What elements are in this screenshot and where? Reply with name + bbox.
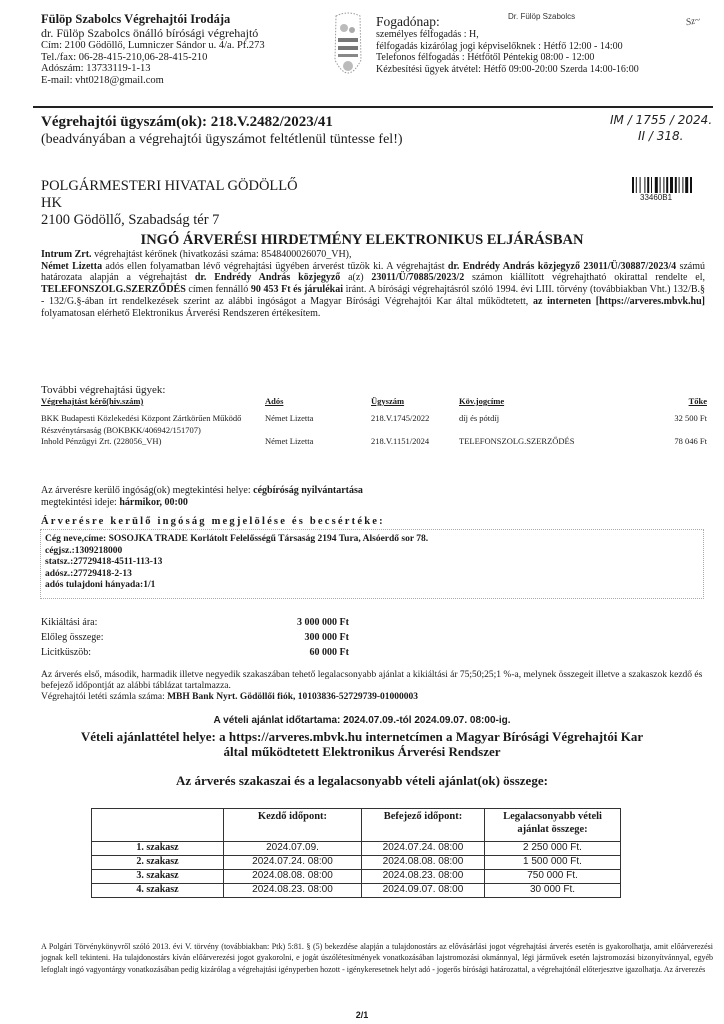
account-label: Végrehajtói letéti számla száma: — [41, 692, 167, 702]
handwritten-line-2: II / 318. — [610, 128, 712, 144]
case-no-cell: 218.V.1745/2022 — [371, 407, 459, 436]
account-value: MBH Bank Nyrt. Gödöllői fiók, 10103836-5… — [167, 692, 418, 702]
item-registration-no: cégjsz.:1309218000 — [45, 546, 703, 558]
col-creditor: Végrehajtást kérő(hiv.szám) — [41, 396, 265, 407]
principal-cell: 32 500 Ft — [644, 407, 707, 436]
col-debtor: Adós — [265, 396, 371, 407]
case-note: (beadványában a végrehajtói ügyszámot fe… — [41, 131, 403, 148]
intro-text: folyamatosan elérhető Elektronikus Árver… — [41, 308, 320, 319]
notary-ref: dr. Endrédy András közjegyző 23011/Ü/308… — [448, 261, 676, 272]
claim-amount: 90 453 Ft és járulékai — [251, 284, 343, 295]
item-description-box: Cég neve,címe: SOSOJKA TRADE Korlátolt F… — [40, 529, 704, 599]
price-label: Kikiáltási ára: — [41, 617, 191, 628]
reception-hours: Fogadónap: személyes félfogadás : H, fél… — [376, 14, 716, 75]
reception-personal: személyes félfogadás : H, — [376, 29, 716, 41]
recipient-address: 2100 Gödöllő, Szabadság tér 7 — [41, 212, 298, 229]
creditor-name: Intrum Zrt. — [41, 249, 92, 260]
phase-end: 2024.08.23. 08:00 — [362, 870, 485, 884]
document-title: INGÓ ÁRVERÉSI HIRDETMÉNY ELEKTRONIKUS EL… — [0, 232, 724, 249]
intro-paragraph: Intrum Zrt. végrehajtást kérőnek (hivatk… — [41, 249, 705, 319]
phase-stage: 1. szakasz — [92, 842, 224, 856]
phase-min-offer: 1 500 000 Ft. — [485, 856, 621, 870]
phase-min-offer: 750 000 Ft. — [485, 870, 621, 884]
auction-phases-table: Kezdő időpont: Befejező időpont: Legalac… — [91, 808, 621, 898]
principal-cell: 78 046 Ft — [644, 436, 707, 448]
price-label: Előleg összege: — [41, 632, 191, 643]
debtor-name: Német Lizetta — [41, 261, 102, 272]
header-divider — [33, 106, 713, 108]
handwritten-line-1: IM / 1755 / 2024. — [610, 112, 712, 128]
viewing-time-value: hármikor, 00:00 — [119, 497, 188, 508]
table-row: BKK Budapesti Közlekedési Központ Zártkö… — [41, 407, 707, 436]
item-tax-no: adósz.:27729418-2-13 — [45, 569, 703, 581]
phase-stage: 4. szakasz — [92, 884, 224, 898]
handwritten-registry-number: IM / 1755 / 2024. II / 318. — [610, 112, 712, 144]
stamp-name: Dr. Fülöp Szabolcs — [508, 12, 575, 21]
page-number: 2/1 — [0, 1010, 724, 1020]
reception-phone: Telefonos félfogadás : Hétfőtől Péntekig… — [376, 52, 716, 64]
viewing-place-value: cégbíróság nyilvántartása — [253, 485, 363, 496]
notary-name: dr. Endrédy András közjegyző — [195, 272, 340, 283]
legal-footer-text: A Polgári Törvénykönyvről szóló 2013. év… — [41, 941, 713, 975]
barcode-icon — [632, 177, 704, 193]
phase-start: 2024.07.24. 08:00 — [224, 856, 362, 870]
office-tax-number: Adószám: 13733119-1-13 — [41, 63, 331, 75]
item-heading: Árverésre kerülő ingóság megjelölése és … — [41, 516, 385, 527]
intro-text: számon kiállított végrehajtható okiratta… — [464, 272, 705, 283]
intro-text: végrehajtást kérőnek (hivatkozási száma:… — [92, 249, 352, 260]
col-claim: Köv.jogcíme — [459, 396, 644, 407]
phase-col-stage — [92, 809, 224, 842]
creditor-cell: BKK Budapesti Közlekedési Központ Zártkö… — [41, 407, 265, 436]
barcode-number: 33460B1 — [640, 193, 672, 202]
claim-cell: díj és pótdíj — [459, 407, 644, 436]
debtor-cell: Német Lizetta — [265, 436, 371, 448]
viewing-time-label: megtekintési ideje: — [41, 497, 119, 508]
case-block: Végrehajtói ügyszám(ok): 218.V.2482/2023… — [41, 114, 403, 148]
price-label: Licitküszöb: — [41, 647, 191, 658]
phase-col-start: Kezdő időpont: — [224, 809, 362, 842]
phase-start: 2024.07.09. — [224, 842, 362, 856]
price-value: 60 000 Ft — [221, 647, 349, 658]
phase-end: 2024.09.07. 08:00 — [362, 884, 485, 898]
recipient-name: POLGÁRMESTERI HIVATAL GÖDÖLLŐ — [41, 178, 298, 195]
auction-rules-text: Az árverés első, második, harmadik illet… — [41, 670, 711, 703]
table-row: 2. szakasz 2024.07.24. 08:00 2024.08.08.… — [92, 856, 621, 870]
intro-text: címen fennálló — [186, 284, 251, 295]
case-number: Végrehajtói ügyszám(ok): 218.V.2482/2023… — [41, 114, 403, 131]
intro-text: adós ellen folyamatban lévő végrehajtási… — [102, 261, 448, 272]
auction-url[interactable]: az interneten [https://arveres.mbvk.hu] — [533, 296, 705, 307]
viewing-place-label: Az árverésre kerülő ingóság(ok) megtekin… — [41, 485, 253, 496]
table-row: 1. szakasz 2024.07.09. 2024.07.24. 08:00… — [92, 842, 621, 856]
item-ownership-share: adós tulajdoni hányada:1/1 — [45, 580, 703, 592]
reception-delivery: Kézbesítési ügyek átvétel: Hétfő 09:00-2… — [376, 64, 716, 76]
offer-duration: A vételi ajánlat időtartama: 2024.07.09.… — [0, 715, 724, 726]
phase-min-offer: 2 250 000 Ft. — [485, 842, 621, 856]
intro-text: a(z) — [340, 272, 371, 283]
table-row: Inhold Pénzügyi Zrt. (228056_VH) Német L… — [41, 436, 707, 448]
phase-end: 2024.08.08. 08:00 — [362, 856, 485, 870]
phase-col-min-offer: Legalacsonyabb vételi ajánlat összege: — [485, 809, 621, 842]
price-value: 3 000 000 Ft — [221, 617, 349, 628]
coat-of-arms-icon — [330, 10, 366, 88]
claim-title: TELEFONSZOLG.SZERZŐDÉS — [41, 284, 186, 295]
creditor-cell: Inhold Pénzügyi Zrt. (228056_VH) — [41, 436, 265, 448]
officer-name: dr. Fülöp Szabolcs önálló bírósági végre… — [41, 26, 331, 40]
further-cases-table: Végrehajtást kérő(hiv.szám) Adós Ügyszám… — [41, 396, 707, 448]
phase-start: 2024.08.23. 08:00 — [224, 884, 362, 898]
phase-stage: 2. szakasz — [92, 856, 224, 870]
phase-end: 2024.07.24. 08:00 — [362, 842, 485, 856]
recipient-dept: HK — [41, 195, 298, 212]
document-number: 23011/Ü/70885/2023/2 — [371, 272, 464, 283]
table-row: 3. szakasz 2024.08.08. 08:00 2024.08.23.… — [92, 870, 621, 884]
further-cases-title: További végrehajtási ügyek: — [41, 384, 165, 396]
phase-col-end: Befejező időpont: — [362, 809, 485, 842]
office-phone: Tel./fax: 06-28-415-210,06-28-415-210 — [41, 52, 331, 64]
phases-title: Az árverés szakaszai és a legalacsonyabb… — [0, 773, 724, 789]
item-stat-no: statsz.:27729418-4511-113-13 — [45, 557, 703, 569]
claim-cell: TELEFONSZOLG.SZERZŐDÉS — [459, 436, 644, 448]
phase-min-offer: 30 000 Ft. — [485, 884, 621, 898]
office-email: E-mail: vht0218@gmail.com — [41, 75, 331, 87]
col-principal: Tőke — [644, 396, 707, 407]
case-no-cell: 218.V.1151/2024 — [371, 436, 459, 448]
col-case-no: Ügyszám — [371, 396, 459, 407]
item-company: Cég neve,címe: SOSOJKA TRADE Korlátolt F… — [45, 534, 703, 546]
reception-legal: félfogadás kizárólag jogi képviselőknek … — [376, 41, 716, 53]
table-row: 4. szakasz 2024.08.23. 08:00 2024.09.07.… — [92, 884, 621, 898]
debtor-cell: Német Lizetta — [265, 407, 371, 436]
price-value: 300 000 Ft — [221, 632, 349, 643]
office-header: Fülöp Szabolcs Végrehajtói Irodája dr. F… — [41, 12, 331, 86]
phase-stage: 3. szakasz — [92, 870, 224, 884]
viewing-info: Az árverésre kerülő ingóság(ok) megtekin… — [41, 485, 363, 508]
office-name: Fülöp Szabolcs Végrehajtói Irodája — [41, 12, 331, 26]
offer-place: Vételi ajánlattétel helye: a https://arv… — [70, 729, 654, 759]
phase-start: 2024.08.08. 08:00 — [224, 870, 362, 884]
rules-paragraph: Az árverés első, második, harmadik illet… — [41, 670, 711, 692]
office-address: Cím: 2100 Gödöllő, Lumniczer Sándor u. 4… — [41, 40, 331, 52]
recipient-block: POLGÁRMESTERI HIVATAL GÖDÖLLŐ HK 2100 Gö… — [41, 178, 298, 229]
